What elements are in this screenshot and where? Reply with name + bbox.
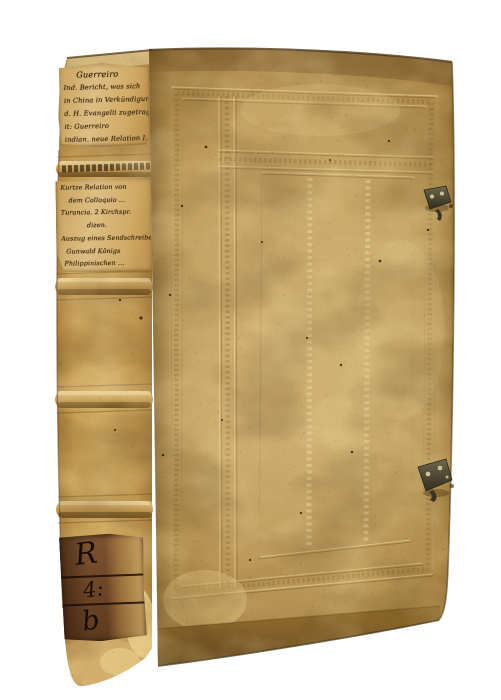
spine-title-label-top: Guerreiro Ind. Bericht, was sich in Chin… [57, 62, 152, 148]
label-line: Kurtze Relation von [60, 181, 150, 195]
label-line: dizen. [61, 219, 151, 233]
spine-shelf-mark-label: R 4: b [59, 532, 147, 642]
label-line: Auszug eines Sendschreibens [61, 232, 151, 246]
label-line: d. H. Evangelii zugetragen [64, 106, 149, 121]
label-line: indian. neue Relation I. T. [65, 131, 150, 146]
shelf-mark-row: R [59, 532, 145, 578]
shelf-mark-letter: R [72, 533, 99, 576]
shelf-mark-letter: 4: [82, 576, 105, 602]
label-line: dem Colloquio ... [61, 194, 151, 208]
book-photograph: Guerreiro Ind. Bericht, was sich in Chin… [0, 0, 501, 700]
label-line: Gunwald Königs [61, 245, 151, 259]
spine-title-label-middle: Kurtze Relation von dem Colloquio ... Tu… [55, 177, 153, 273]
shelf-mark-row: 4: [61, 575, 146, 606]
label-line: Turancia. 2 Kirchspr. [61, 207, 151, 221]
label-line: Philippinischen ... [61, 258, 151, 272]
shelf-mark-letter: b [80, 605, 101, 639]
